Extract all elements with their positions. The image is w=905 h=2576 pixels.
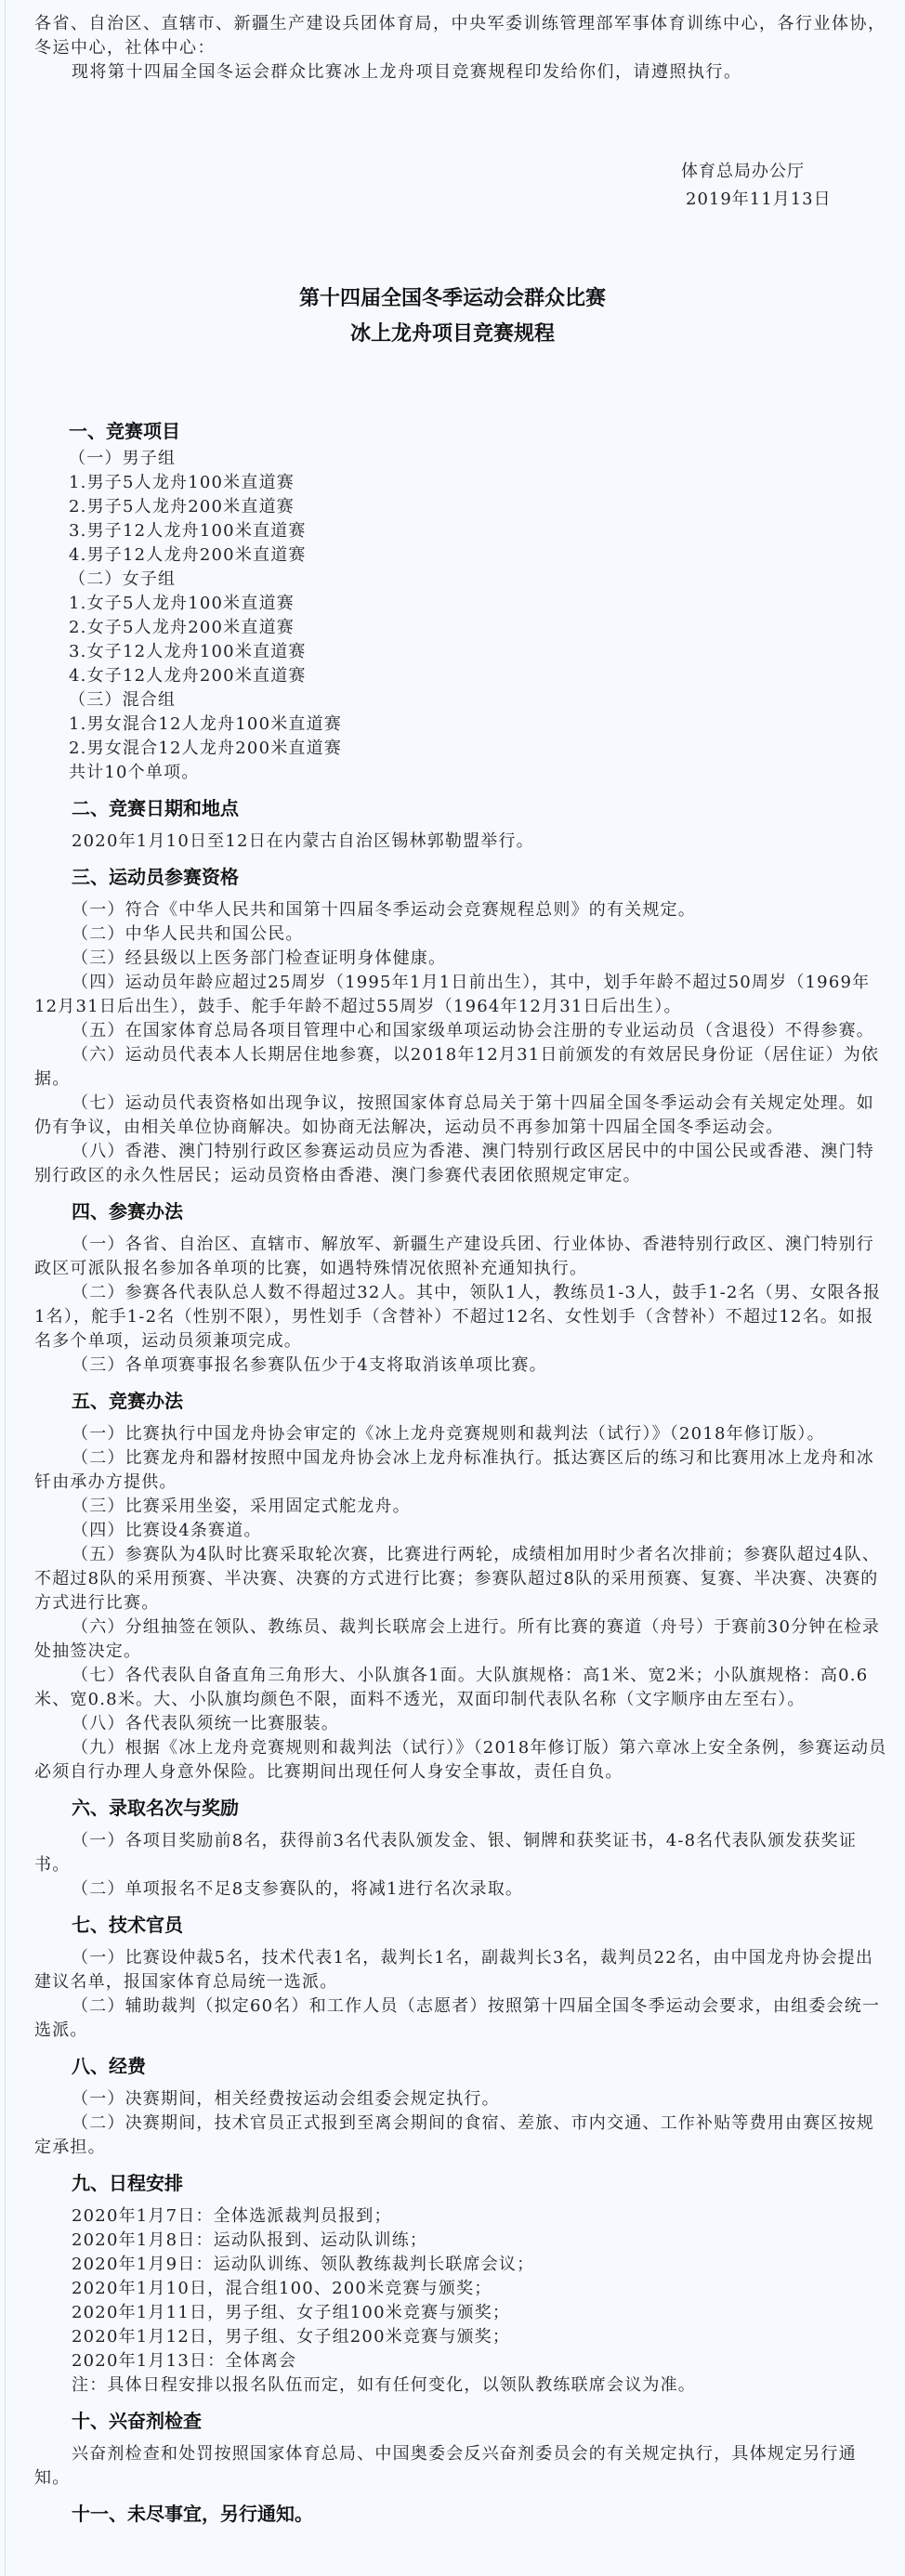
paragraph: （九）根据《冰上龙舟竞赛规则和裁判法（试行）》（2018年修订版）第六章冰上安全…: [34, 1736, 889, 1785]
total-count: 共计10个单项。: [69, 761, 889, 785]
list-item: 3.女子12人龙舟100米直道赛: [69, 640, 889, 664]
paragraph: （六）分组抽签在领队、教练员、裁判长联席会上进行。所有比赛的赛道（舟号）于赛前3…: [34, 1615, 889, 1664]
schedule-item: 2020年1月9日：运动队训练、领队教练裁判长联席会议；: [34, 2253, 889, 2277]
section-heading-7: 七、技术官员: [34, 1913, 889, 1937]
paragraph: （一）比赛设仲裁5名，技术代表1名，裁判长1名，副裁判长3名，裁判员22名，由中…: [34, 1946, 889, 1994]
issuer: 体育总局办公厅: [681, 158, 832, 186]
list-item: 1.女子5人龙舟100米直道赛: [69, 592, 889, 616]
paragraph: （三）经县级以上医务部门检查证明身体健康。: [34, 947, 889, 971]
section-heading-2: 二、竞赛日期和地点: [34, 796, 889, 820]
section-heading-1: 一、竞赛项目: [34, 419, 889, 443]
paragraph: （七）各代表队自备直角三角形大、小队旗各1面。大队旗规格：高1米、宽2米；小队旗…: [34, 1664, 889, 1712]
section-heading-5: 五、竞赛办法: [34, 1389, 889, 1413]
section-heading-9: 九、日程安排: [34, 2171, 889, 2195]
paragraph: （七）运动员代表资格如出现争议，按照国家体育总局关于第十四届全国冬季运动会有关规…: [34, 1092, 889, 1140]
paragraph: （二）参赛各代表队总人数不得超过32人。其中，领队1人，教练员1-3人，鼓手1-…: [34, 1281, 889, 1353]
list-item: 3.男子12人龙舟100米直道赛: [69, 519, 889, 543]
paragraph: （二）决赛期间，技术官员正式报到至离会期间的食宿、差旅、市内交通、工作补贴等费用…: [34, 2112, 889, 2160]
paragraph: （五）参赛队为4队时比赛采取轮次赛，比赛进行两轮，成绩相加用时少者名次排前；参赛…: [34, 1543, 889, 1615]
paragraph: （二）辅助裁判（拟定60名）和工作人员（志愿者）按照第十四届全国冬季运动会要求，…: [34, 1994, 889, 2043]
paragraph: （三）各单项赛事报名参赛队伍少于4支将取消该单项比赛。: [34, 1353, 889, 1378]
paragraph: （八）香港、澳门特别行政区参赛运动员应为香港、澳门特别行政区居民中的中国公民或香…: [34, 1140, 889, 1188]
paragraph: （六）运动员代表本人长期居住地参赛，以2018年12月31日前颁发的有效居民身份…: [34, 1043, 889, 1092]
paragraph: （二）中华人民共和国公民。: [34, 922, 889, 947]
left-border: [5, 0, 6, 2576]
list-item: 2.男女混合12人龙舟200米直道赛: [69, 737, 889, 761]
paragraph: （八）各代表队须统一比赛服装。: [34, 1712, 889, 1736]
group-label-mixed: （三）混合组: [69, 688, 889, 713]
list-item: 2.女子5人龙舟200米直道赛: [69, 616, 889, 640]
group-label-men: （一）男子组: [69, 447, 889, 471]
paragraph: （一）各省、自治区、直辖市、解放军、新疆生产建设兵团、行业体协、香港特别行政区、…: [34, 1233, 889, 1281]
section-heading-11: 十一、未尽事宜，另行通知。: [34, 2502, 889, 2526]
section-heading-8: 八、经费: [34, 2054, 889, 2078]
schedule-item: 2020年1月13日：全体离会: [34, 2349, 889, 2373]
addressees: 各省、自治区、直辖市、新疆生产建设兵团体育局，中央军委训练管理部军事体育训练中心…: [34, 12, 889, 60]
paragraph: （四）运动员年龄应超过25周岁（1995年1月1日前出生），其中，划手年龄不超过…: [34, 971, 889, 1019]
schedule-item: 2020年1月10日，混合组100、200米竞赛与颁奖；: [34, 2277, 889, 2301]
paragraph: （三）比赛采用坐姿，采用固定式舵龙舟。: [34, 1495, 889, 1519]
paragraph: （五）在国家体育总局各项目管理中心和国家级单项运动协会注册的专业运动员（含退役）…: [34, 1019, 889, 1043]
notice-header: 各省、自治区、直辖市、新疆生产建设兵团体育局，中央军委训练管理部军事体育训练中心…: [34, 12, 889, 85]
group-label-women: （二）女子组: [69, 568, 889, 592]
paragraph: （一）各项目奖励前8名，获得前3名代表队颁发金、银、铜牌和获奖证书，4-8名代表…: [34, 1829, 889, 1877]
section-2-text: 2020年1月10日至12日在内蒙古自治区锡林郭勒盟举行。: [34, 830, 889, 854]
section-heading-4: 四、参赛办法: [34, 1199, 889, 1223]
list-item: 2.男子5人龙舟200米直道赛: [69, 495, 889, 519]
paragraph: 兴奋剂检查和处罚按照国家体育总局、中国奥委会反兴奋剂委员会的有关规定执行，具体规…: [34, 2442, 889, 2491]
title-line-1: 第十四届全国冬季运动会群众比赛: [0, 281, 905, 317]
paragraph: （一）决赛期间，相关经费按运动会组委会规定执行。: [34, 2087, 889, 2112]
schedule-item: 2020年1月8日：运动队报到、运动队训练；: [34, 2229, 889, 2253]
schedule-item: 2020年1月11日，男子组、女子组100米竞赛与颁奖；: [34, 2301, 889, 2325]
paragraph: （四）比赛设4条赛道。: [34, 1519, 889, 1543]
list-item: 1.男女混合12人龙舟100米直道赛: [69, 713, 889, 737]
title-line-2: 冰上龙舟项目竞赛规程: [0, 317, 905, 352]
regulation-body: 一、竞赛项目 （一）男子组 1.男子5人龙舟100米直道赛 2.男子5人龙舟20…: [34, 419, 889, 2535]
notice-text: 现将第十四届全国冬运会群众比赛冰上龙舟项目竞赛规程印发给你们，请遵照执行。: [34, 60, 889, 85]
signature-block: 体育总局办公厅 2019年11月13日: [681, 158, 832, 214]
issue-date: 2019年11月13日: [681, 186, 832, 214]
paragraph: （二）单项报名不足8支参赛队的，将减1进行名次录取。: [34, 1877, 889, 1902]
section-1-content: （一）男子组 1.男子5人龙舟100米直道赛 2.男子5人龙舟200米直道赛 3…: [34, 447, 889, 785]
list-item: 1.男子5人龙舟100米直道赛: [69, 471, 889, 495]
list-item: 4.女子12人龙舟200米直道赛: [69, 664, 889, 688]
section-heading-3: 三、运动员参赛资格: [34, 865, 889, 889]
list-item: 4.男子12人龙舟200米直道赛: [69, 543, 889, 568]
section-heading-6: 六、录取名次与奖励: [34, 1796, 889, 1820]
schedule-item: 2020年1月12日，男子组、女子组200米竞赛与颁奖；: [34, 2325, 889, 2349]
section-heading-10: 十、兴奋剂检查: [34, 2409, 889, 2433]
schedule-item: 2020年1月7日：全体选派裁判员报到；: [34, 2204, 889, 2229]
paragraph: （二）比赛龙舟和器材按照中国龙舟协会冰上龙舟标准执行。抵达赛区后的练习和比赛用冰…: [34, 1446, 889, 1495]
paragraph: （一）符合《中华人民共和国第十四届冬季运动会竞赛规程总则》的有关规定。: [34, 898, 889, 922]
schedule-note: 注：具体日程安排以报名队伍而定，如有任何变化，以领队教练联席会议为准。: [34, 2373, 889, 2398]
paragraph: （一）比赛执行中国龙舟协会审定的《冰上龙舟竞赛规则和裁判法（试行）》（2018年…: [34, 1422, 889, 1446]
document-title: 第十四届全国冬季运动会群众比赛 冰上龙舟项目竞赛规程: [0, 281, 905, 352]
